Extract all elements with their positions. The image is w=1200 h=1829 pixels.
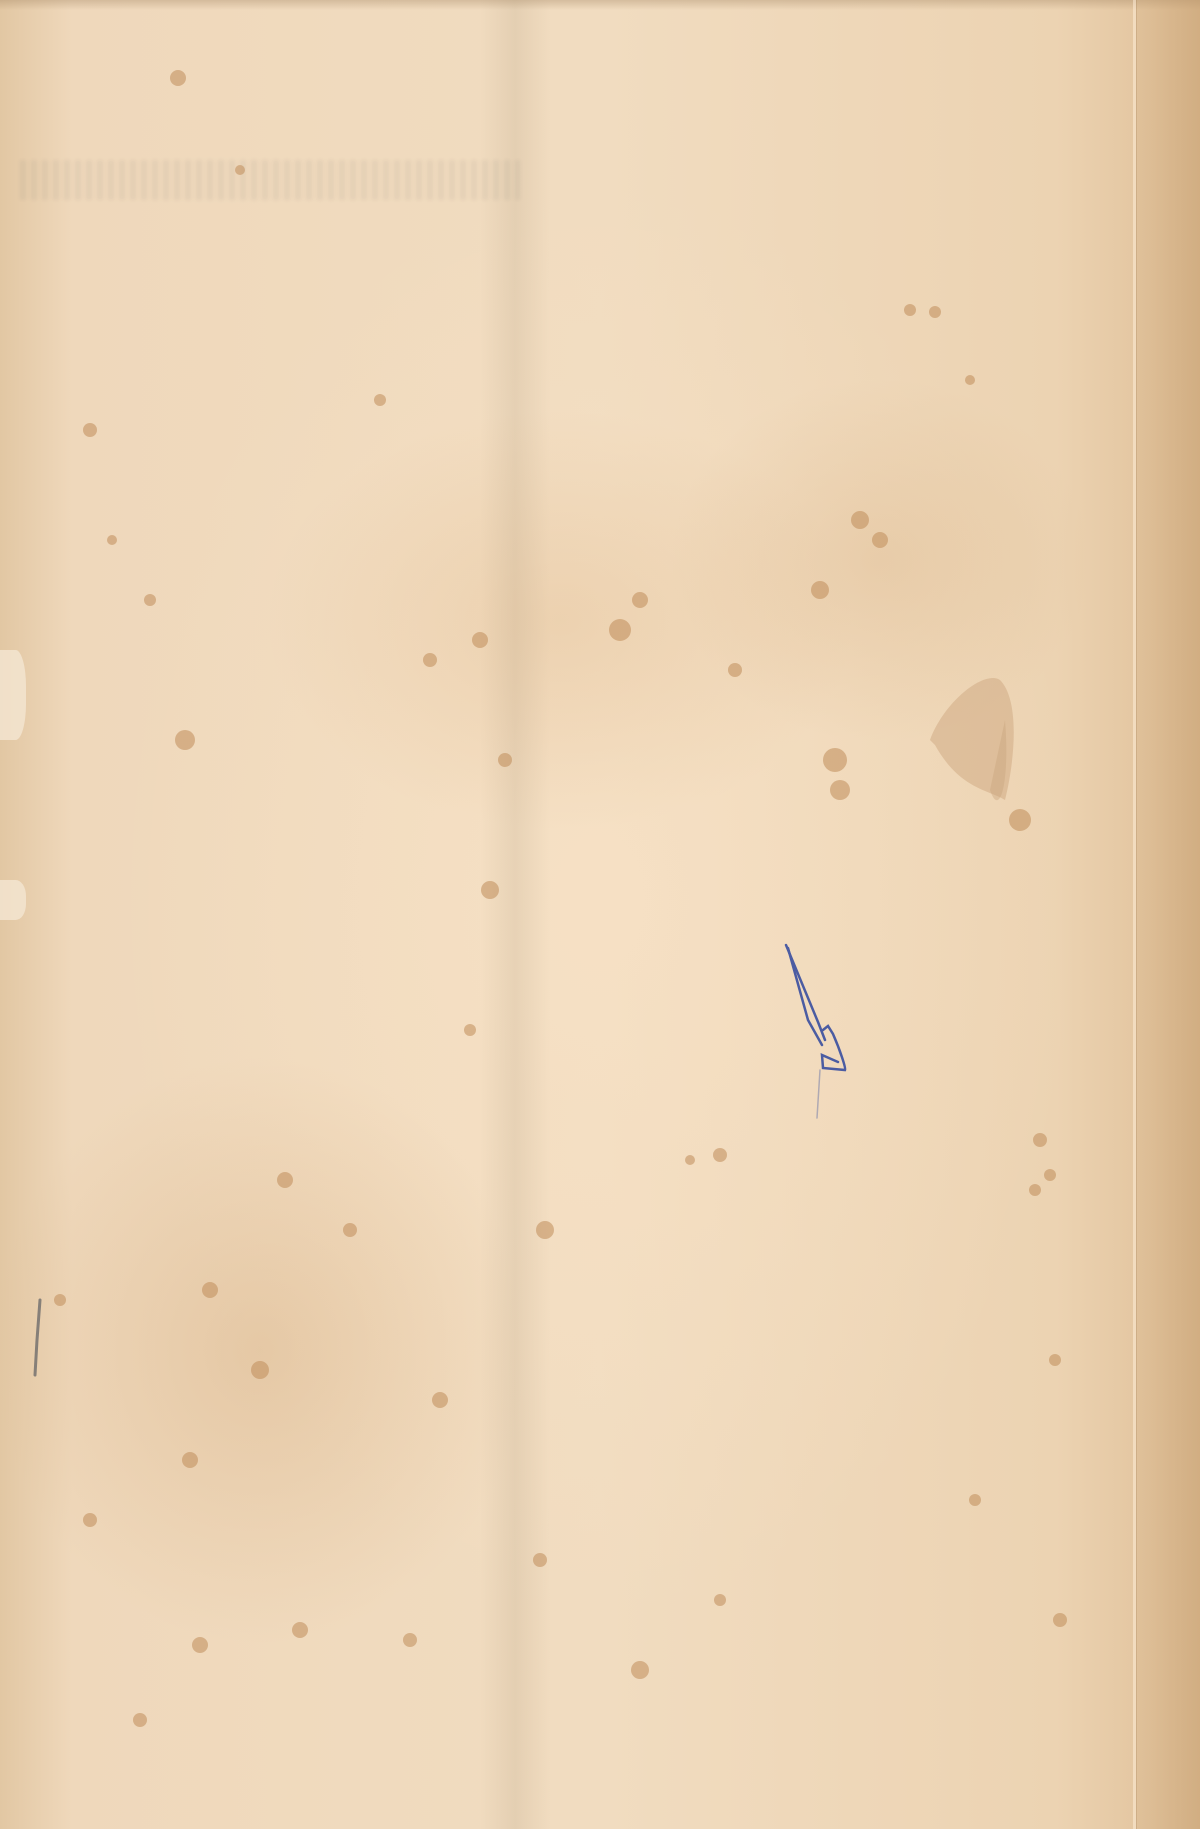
aged-paper-page — [0, 0, 1200, 1829]
foxing-spots — [0, 0, 1200, 1829]
blue-pen-mark — [786, 945, 845, 1118]
pencil-mark — [35, 1300, 40, 1375]
